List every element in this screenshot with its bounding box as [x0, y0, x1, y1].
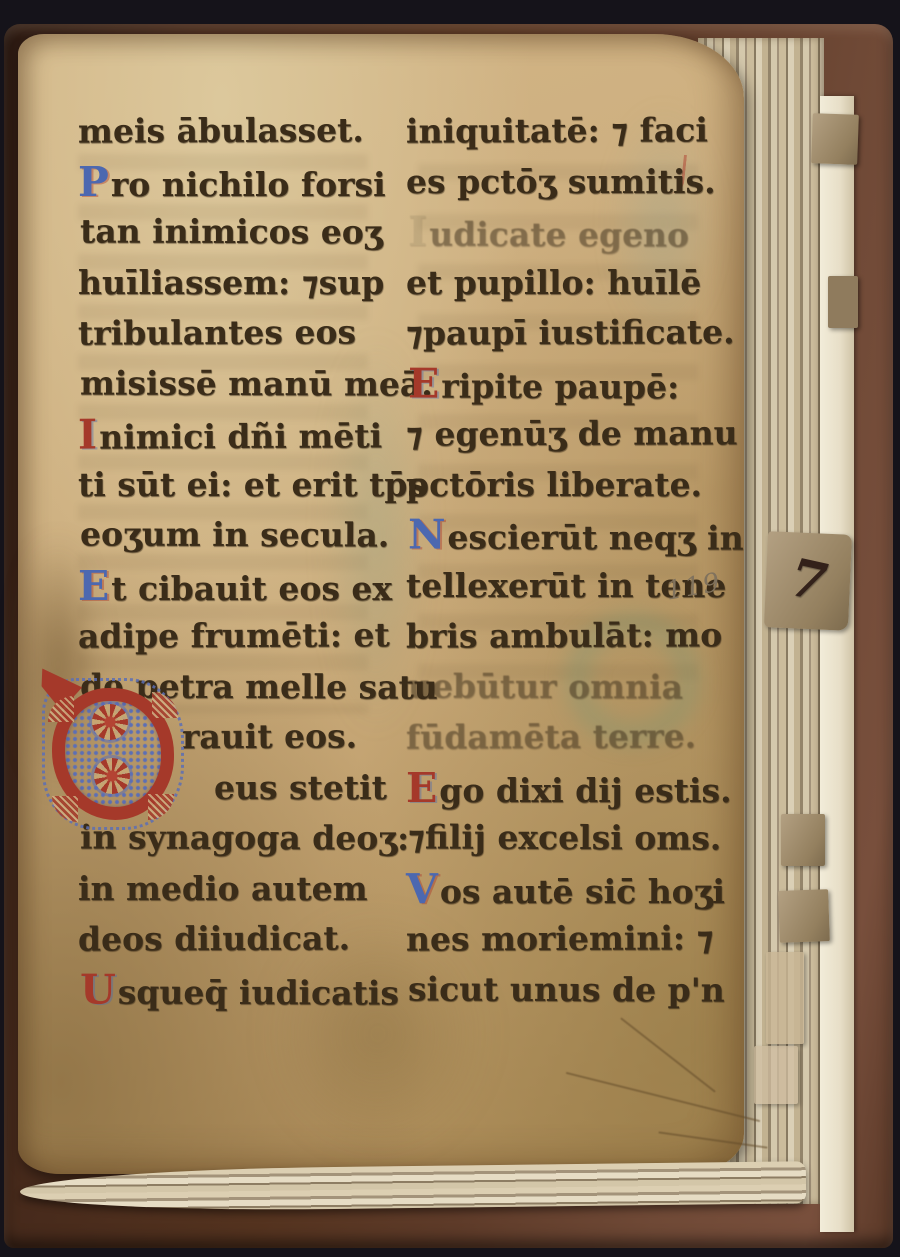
- manuscript-text-line: Inimici dñi mēti: [78, 408, 388, 460]
- index-tab: [754, 1046, 798, 1104]
- line-text: deos diiudicat.: [78, 918, 350, 958]
- line-text: rauit eos.: [182, 716, 357, 756]
- decorated-initial-d: [46, 682, 180, 826]
- line-text: pctōris liberate.: [406, 465, 702, 504]
- line-text: eoʒum in secula.: [80, 514, 389, 554]
- manuscript-text-line: huīliassem: ⁊sup: [78, 258, 388, 309]
- manuscript-text-line: ⁊filij excelsi oms.: [408, 812, 718, 864]
- line-text: ⁊filij excelsi oms.: [408, 817, 721, 857]
- line-text: ripite paupē:: [441, 366, 679, 406]
- index-tab: [828, 276, 858, 328]
- line-text: escierūt neqʒ in: [447, 518, 743, 558]
- manuscript-text-line: Usqueq̄ iudicatis: [80, 964, 390, 1016]
- parchment-page: meis ābulasset.Pro nichilo forsitan inim…: [18, 34, 744, 1174]
- manuscript-text-line: adipe frumēti: et: [78, 610, 388, 662]
- manuscript-text-line: tan inimicos eoʒ: [80, 206, 390, 258]
- line-text: go dixi dij estis.: [439, 771, 731, 810]
- manuscript-text-line: iniquitatē: ⁊ faci: [406, 105, 716, 157]
- line-text: fūdamēta terre.: [406, 716, 696, 756]
- manuscript-text-line: et pupillo: huīlē: [406, 258, 716, 309]
- illuminated-initial: E: [78, 562, 111, 610]
- index-tab-marked: 7: [764, 531, 852, 631]
- manuscript-text-line: uebūtur omnia: [408, 661, 718, 713]
- manuscript-text-line: fūdamēta terre.: [406, 711, 716, 763]
- manuscript-text-line: bris ambulāt: mo: [406, 610, 716, 662]
- index-tab: [778, 889, 830, 943]
- manuscript-text-line: Ego dixi dij estis.: [406, 763, 716, 814]
- initial-rosette: [94, 758, 130, 794]
- manuscript-text-line: Et cibauit eos ex: [78, 561, 388, 612]
- manuscript-text-line: ⁊paupī iustificate.: [406, 307, 716, 359]
- text-column-left: meis ābulasset.Pro nichilo forsitan inim…: [78, 106, 388, 1015]
- manuscript-text-line: tribulantes eos: [78, 307, 388, 359]
- index-tab: [766, 952, 804, 1044]
- manuscript-text-line: es pctōʒ sumitis.: [406, 157, 716, 208]
- line-text: adipe frumēti: et: [78, 615, 390, 655]
- illuminated-initial: E: [408, 359, 441, 407]
- illuminated-initial: N: [408, 510, 448, 558]
- line-text: ⁊ egenūʒ de manu: [406, 413, 738, 453]
- manuscript-text-line: Nescierūt neqʒ in: [408, 509, 718, 561]
- manuscript-text-line: nes moriemini: ⁊: [406, 913, 716, 965]
- parchment-crack: [620, 1017, 716, 1092]
- manuscript-text-line: pctōris liberate.: [406, 460, 716, 511]
- manuscript-text-line: in medio autem: [78, 864, 388, 915]
- line-text: ⁊paupī iustificate.: [406, 312, 735, 352]
- line-text: meis ābulasset.: [78, 110, 364, 150]
- line-text: sicut unus de p'n: [408, 969, 725, 1009]
- line-text: es pctōʒ sumitis.: [406, 162, 716, 201]
- line-text: ti sūt ei: et erit tp̄s: [78, 465, 426, 504]
- line-text: ro nichilo forsi: [111, 165, 386, 204]
- manuscript-text-line: Pro nichilo forsi: [78, 157, 388, 208]
- line-text: uebūtur omnia: [408, 666, 683, 706]
- line-text: t cibauit eos ex: [111, 569, 392, 608]
- flyleaf-edge: [820, 96, 854, 1232]
- line-text: nimici dñi mēti: [99, 416, 382, 456]
- manuscript-text-line: misissē manū meā.: [80, 358, 390, 410]
- line-text: squeq̄ iudicatis: [118, 972, 399, 1012]
- line-text: bris ambulāt: mo: [406, 615, 722, 655]
- line-text: iniquitatē: ⁊ faci: [406, 110, 708, 150]
- tab-ink-mark: 7: [781, 552, 835, 609]
- initial-corner-fan: [52, 796, 78, 822]
- line-text: tan inimicos eoʒ: [80, 211, 383, 251]
- manuscript-text-line: sicut unus de p'n: [408, 964, 718, 1016]
- manuscript-text-line: eoʒum in secula.: [80, 509, 390, 561]
- manuscript-photo: meis ābulasset.Pro nichilo forsitan inim…: [0, 0, 900, 1257]
- line-text: nes moriemini: ⁊: [406, 918, 714, 958]
- line-text: et pupillo: huīlē: [406, 263, 701, 302]
- manuscript-text-line: Eripite paupē:: [408, 358, 718, 410]
- line-text: os autē sic̄ hoʒi: [440, 872, 725, 911]
- illuminated-initial: E: [406, 764, 439, 812]
- manuscript-text-line: meis ābulasset.: [78, 105, 388, 157]
- line-text: in medio autem: [78, 869, 368, 908]
- line-text: misissē manū meā.: [80, 363, 433, 403]
- initial-corner-fan: [152, 692, 178, 718]
- illuminated-initial: I: [78, 411, 99, 459]
- initial-rosette: [92, 704, 128, 740]
- parchment-crack: [566, 1072, 761, 1122]
- manuscript-text-line: Iudicate egeno: [408, 206, 718, 258]
- illuminated-initial: I: [408, 207, 429, 255]
- illuminated-initial: V: [406, 865, 440, 913]
- illuminated-initial: U: [80, 965, 118, 1013]
- manuscript-text-line: deos diiudicat.: [78, 913, 388, 965]
- manuscript-text-line: Vos autē sic̄ hoʒi: [406, 864, 716, 915]
- line-text: huīliassem: ⁊sup: [78, 263, 384, 302]
- line-text: tribulantes eos: [78, 312, 356, 352]
- index-tab: [781, 814, 825, 866]
- initial-corner-fan: [148, 794, 174, 820]
- line-text: udicate egeno: [429, 215, 689, 255]
- illuminated-initial: P: [78, 158, 111, 206]
- manuscript-text-line: ti sūt ei: et erit tp̄s: [78, 460, 388, 511]
- line-text: eus stetit: [214, 768, 387, 807]
- index-tab: [811, 113, 859, 165]
- manuscript-text-line: ⁊ egenūʒ de manu: [406, 408, 716, 460]
- text-column-right: iniquitatē: ⁊ facies pctōʒ sumitis.Iudic…: [406, 106, 716, 1015]
